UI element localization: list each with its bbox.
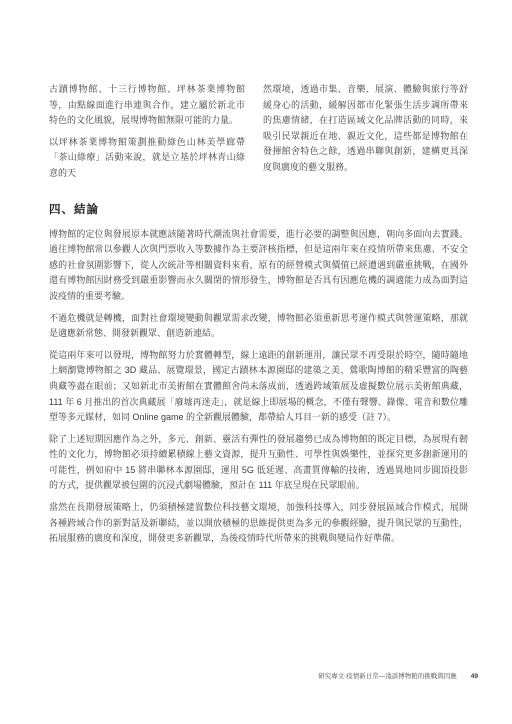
body-paragraph: 古蹟博物館、十三行博物館、坪林茶業博物館等，由點線面進行串連與合作，建立屬於新北… — [49, 82, 245, 129]
page-body: 古蹟博物館、十三行博物館、坪林茶業博物館等，由點線面進行串連與合作，建立屬於新北… — [49, 82, 468, 547]
body-paragraph: 然環境，透過市集、音樂、展演、體驗與旅行等舒緩身心的活動，緩解因都市化緊張生活步… — [263, 82, 468, 176]
left-column: 古蹟博物館、十三行博物館、坪林茶業博物館等，由點線面進行串連與合作，建立屬於新北… — [49, 82, 245, 182]
page-footer: 研究專文·疫情新日常—淺談博物館的挑戰與因應 49 — [49, 672, 478, 681]
conclusion-paragraph-1: 博物館的定位與發展原本就應該隨著時代潮流與社會需要，進行必要的調整與因應，朝向多… — [49, 227, 468, 305]
conclusion-paragraph-5: 當然在長期發展策略上，仍須積極建置數位科技藝文環境，加強科技導入，同步發展區域合… — [49, 500, 468, 547]
footer-page-number: 49 — [471, 672, 478, 681]
right-column: 然環境，透過市集、音樂、展演、體驗與旅行等舒緩身心的活動，緩解因都市化緊張生活步… — [263, 82, 468, 182]
body-paragraph: 以坪林茶業博物館策劃推動綠色山林美學廊帶「茶山綠療」活動來說，就是立基於坪林青山… — [49, 135, 245, 182]
conclusion-paragraph-2: 不過危機就是轉機，面對社會環境變動與觀眾需求改變，博物館必須重新思考運作模式與營… — [49, 311, 468, 342]
section-heading-conclusion: 四、結論 — [49, 203, 468, 217]
conclusion-paragraph-4: 除了上述短期因應作為之外，多元、創新、靈活有彈性的發展趨勢已成為博物館的既定目標… — [49, 432, 468, 494]
document-page: 古蹟博物館、十三行博物館、坪林茶業博物館等，由點線面進行串連與合作，建立屬於新北… — [0, 0, 512, 724]
conclusion-paragraph-3: 從這兩年來可以發現，博物館努力於實體轉型，線上遠距的創新運用，讓民眾不再受限於時… — [49, 348, 468, 426]
footer-running-title: 研究專文·疫情新日常—淺談博物館的挑戰與因應 — [318, 672, 457, 681]
continuation-columns: 古蹟博物館、十三行博物館、坪林茶業博物館等，由點線面進行串連與合作，建立屬於新北… — [49, 82, 468, 182]
